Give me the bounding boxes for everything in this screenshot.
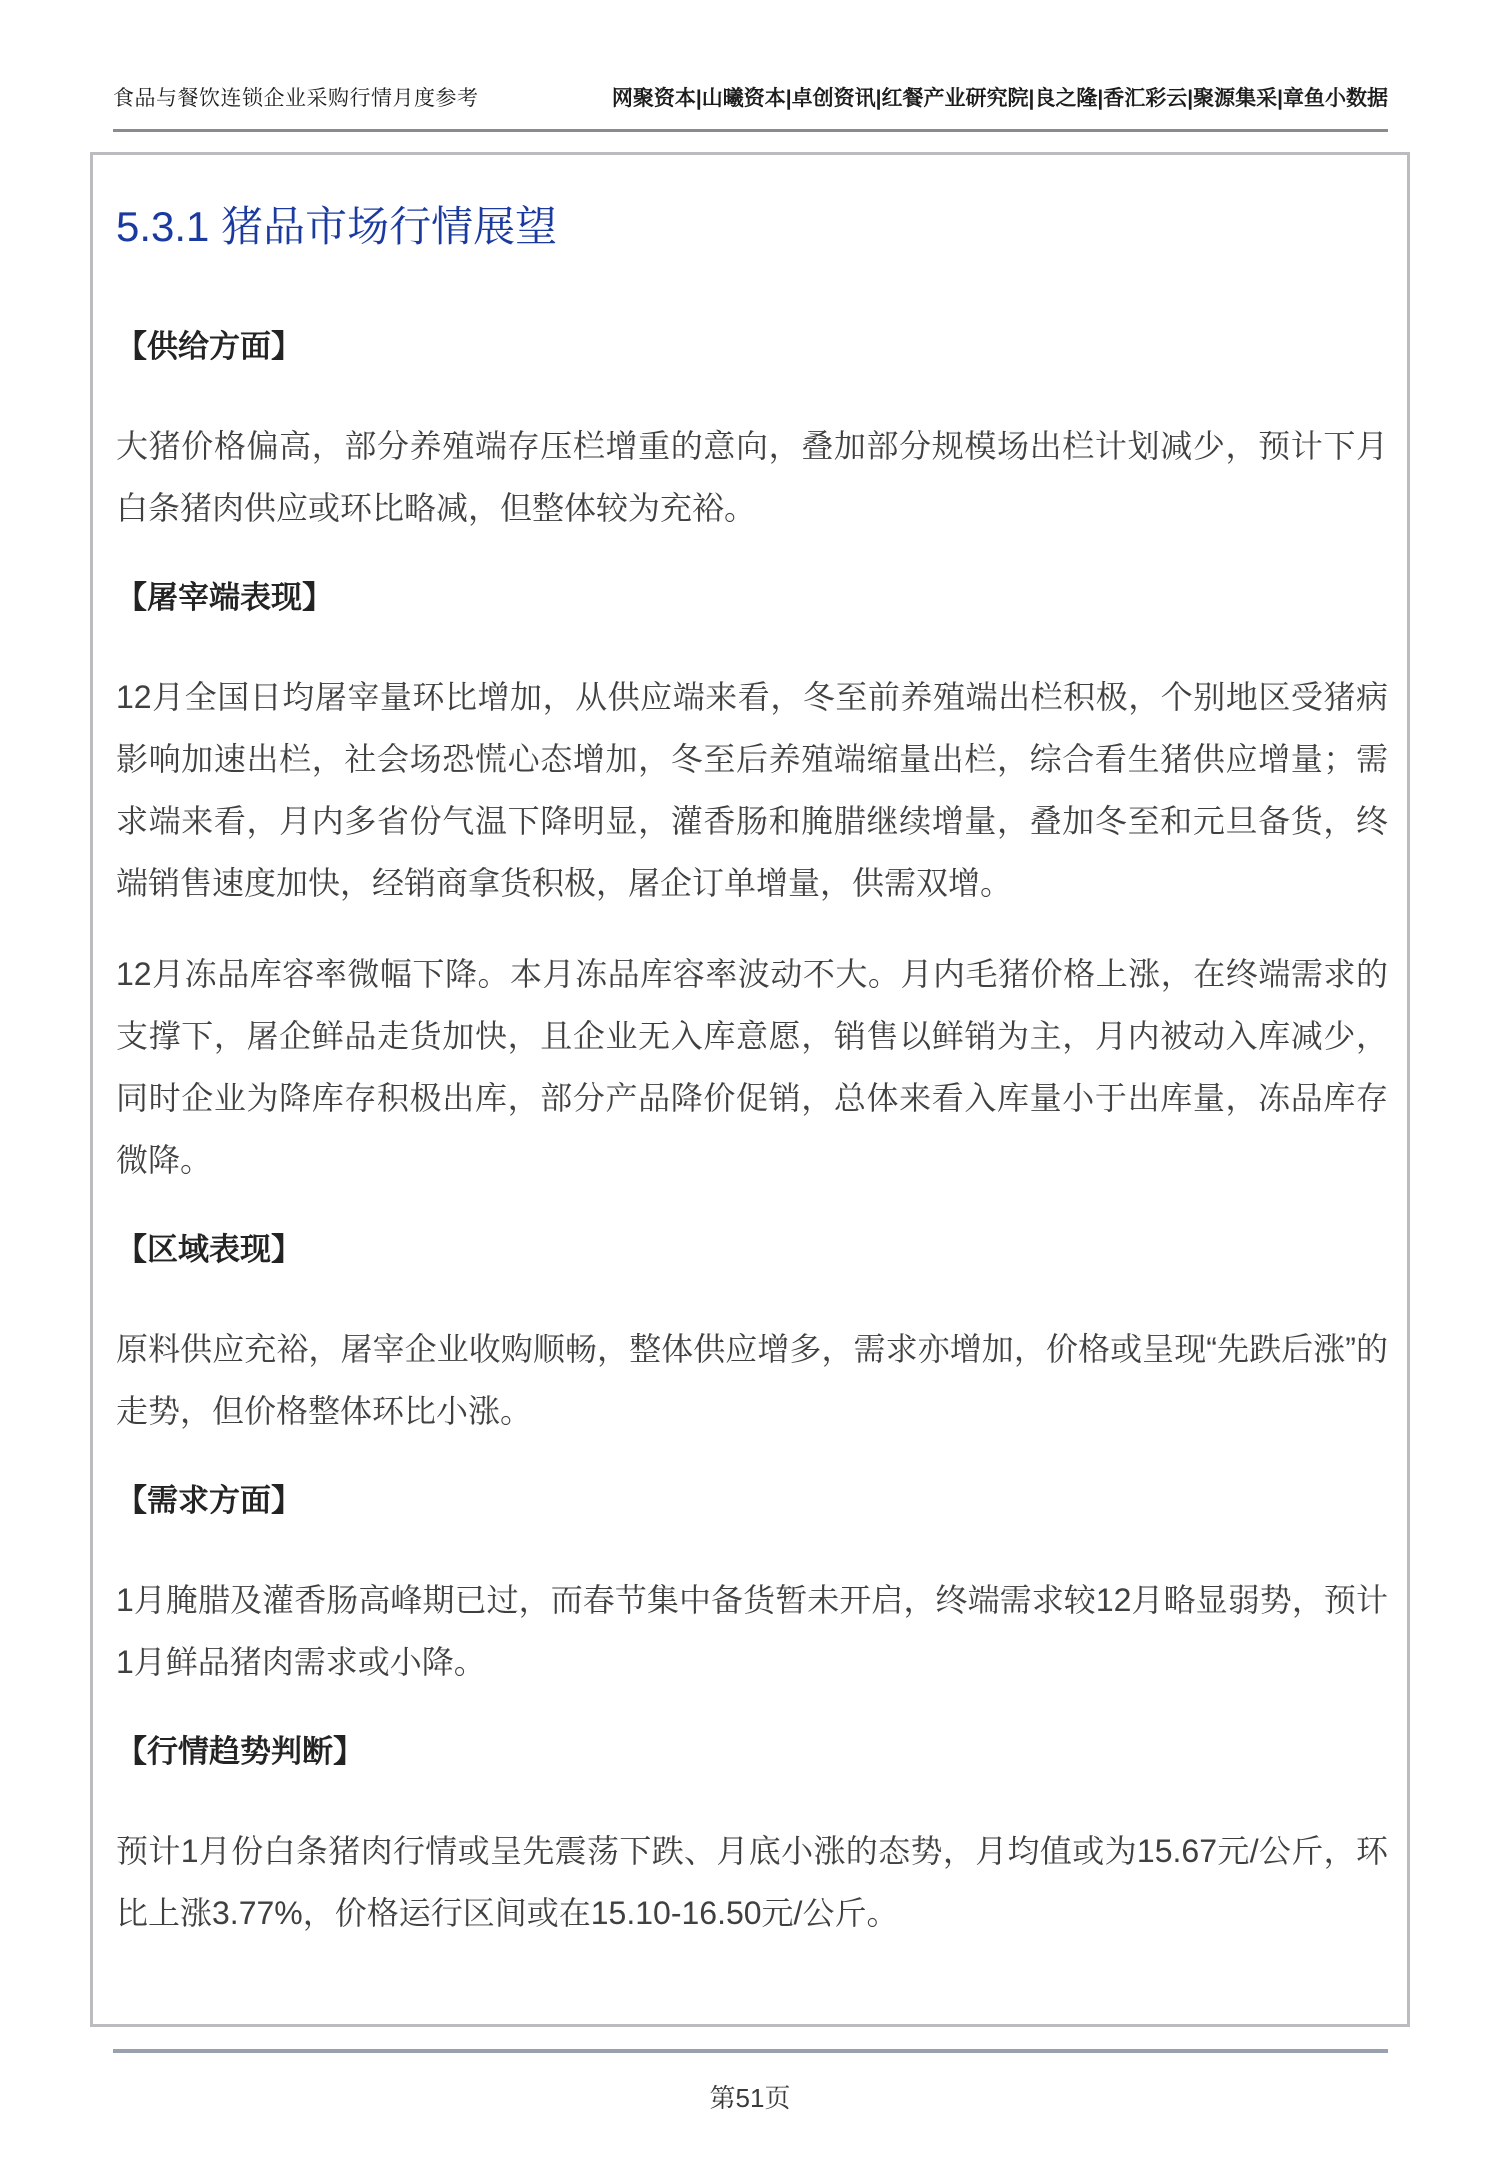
section-heading-slaughter: 【屠宰端表现】 xyxy=(116,576,1388,620)
page-number: 第51页 xyxy=(0,2078,1500,2115)
header-doc-title: 食品与餐饮连锁企业采购行情月度参考 xyxy=(113,82,479,112)
page-header: 食品与餐饮连锁企业采购行情月度参考 网聚资本|山曦资本|卓创资讯|红餐产业研究院… xyxy=(113,82,1388,112)
footer-divider xyxy=(113,2049,1388,2053)
section-heading-supply: 【供给方面】 xyxy=(116,325,1388,369)
paragraph: 12月全国日均屠宰量环比增加，从供应端来看，冬至前养殖端出栏积极，个别地区受猪病… xyxy=(116,666,1388,914)
header-publishers: 网聚资本|山曦资本|卓创资讯|红餐产业研究院|良之隆|香汇彩云|聚源集采|章鱼小… xyxy=(612,82,1388,112)
page-title: 5.3.1 猪品市场行情展望 xyxy=(116,200,1388,254)
paragraph: 预计1月份白条猪肉行情或呈先震荡下跌、月底小涨的态势，月均值或为15.67元/公… xyxy=(116,1820,1388,1944)
section-heading-demand: 【需求方面】 xyxy=(116,1479,1388,1523)
header-divider xyxy=(113,129,1388,132)
section-heading-regional: 【区域表现】 xyxy=(116,1228,1388,1272)
paragraph: 原料供应充裕，屠宰企业收购顺畅，整体供应增多，需求亦增加，价格或呈现“先跌后涨”… xyxy=(116,1318,1388,1442)
section-regional: 【区域表现】 原料供应充裕，屠宰企业收购顺畅，整体供应增多，需求亦增加，价格或呈… xyxy=(116,1228,1388,1442)
content-panel: 5.3.1 猪品市场行情展望 【供给方面】 大猪价格偏高，部分养殖端存压栏增重的… xyxy=(90,152,1410,2027)
report-page: 食品与餐饮连锁企业采购行情月度参考 网聚资本|山曦资本|卓创资讯|红餐产业研究院… xyxy=(0,0,1500,2167)
section-trend: 【行情趋势判断】 预计1月份白条猪肉行情或呈先震荡下跌、月底小涨的态势，月均值或… xyxy=(116,1730,1388,1944)
paragraph: 1月腌腊及灌香肠高峰期已过，而春节集中备货暂未开启，终端需求较12月略显弱势，预… xyxy=(116,1569,1388,1693)
section-supply: 【供给方面】 大猪价格偏高，部分养殖端存压栏增重的意向，叠加部分规模场出栏计划减… xyxy=(116,325,1388,539)
section-heading-trend: 【行情趋势判断】 xyxy=(116,1730,1388,1774)
section-slaughter: 【屠宰端表现】 12月全国日均屠宰量环比增加，从供应端来看，冬至前养殖端出栏积极… xyxy=(116,576,1388,1191)
paragraph: 12月冻品库容率微幅下降。本月冻品库容率波动不大。月内毛猪价格上涨，在终端需求的… xyxy=(116,943,1388,1191)
paragraph: 大猪价格偏高，部分养殖端存压栏增重的意向，叠加部分规模场出栏计划减少，预计下月白… xyxy=(116,415,1388,539)
section-demand: 【需求方面】 1月腌腊及灌香肠高峰期已过，而春节集中备货暂未开启，终端需求较12… xyxy=(116,1479,1388,1693)
